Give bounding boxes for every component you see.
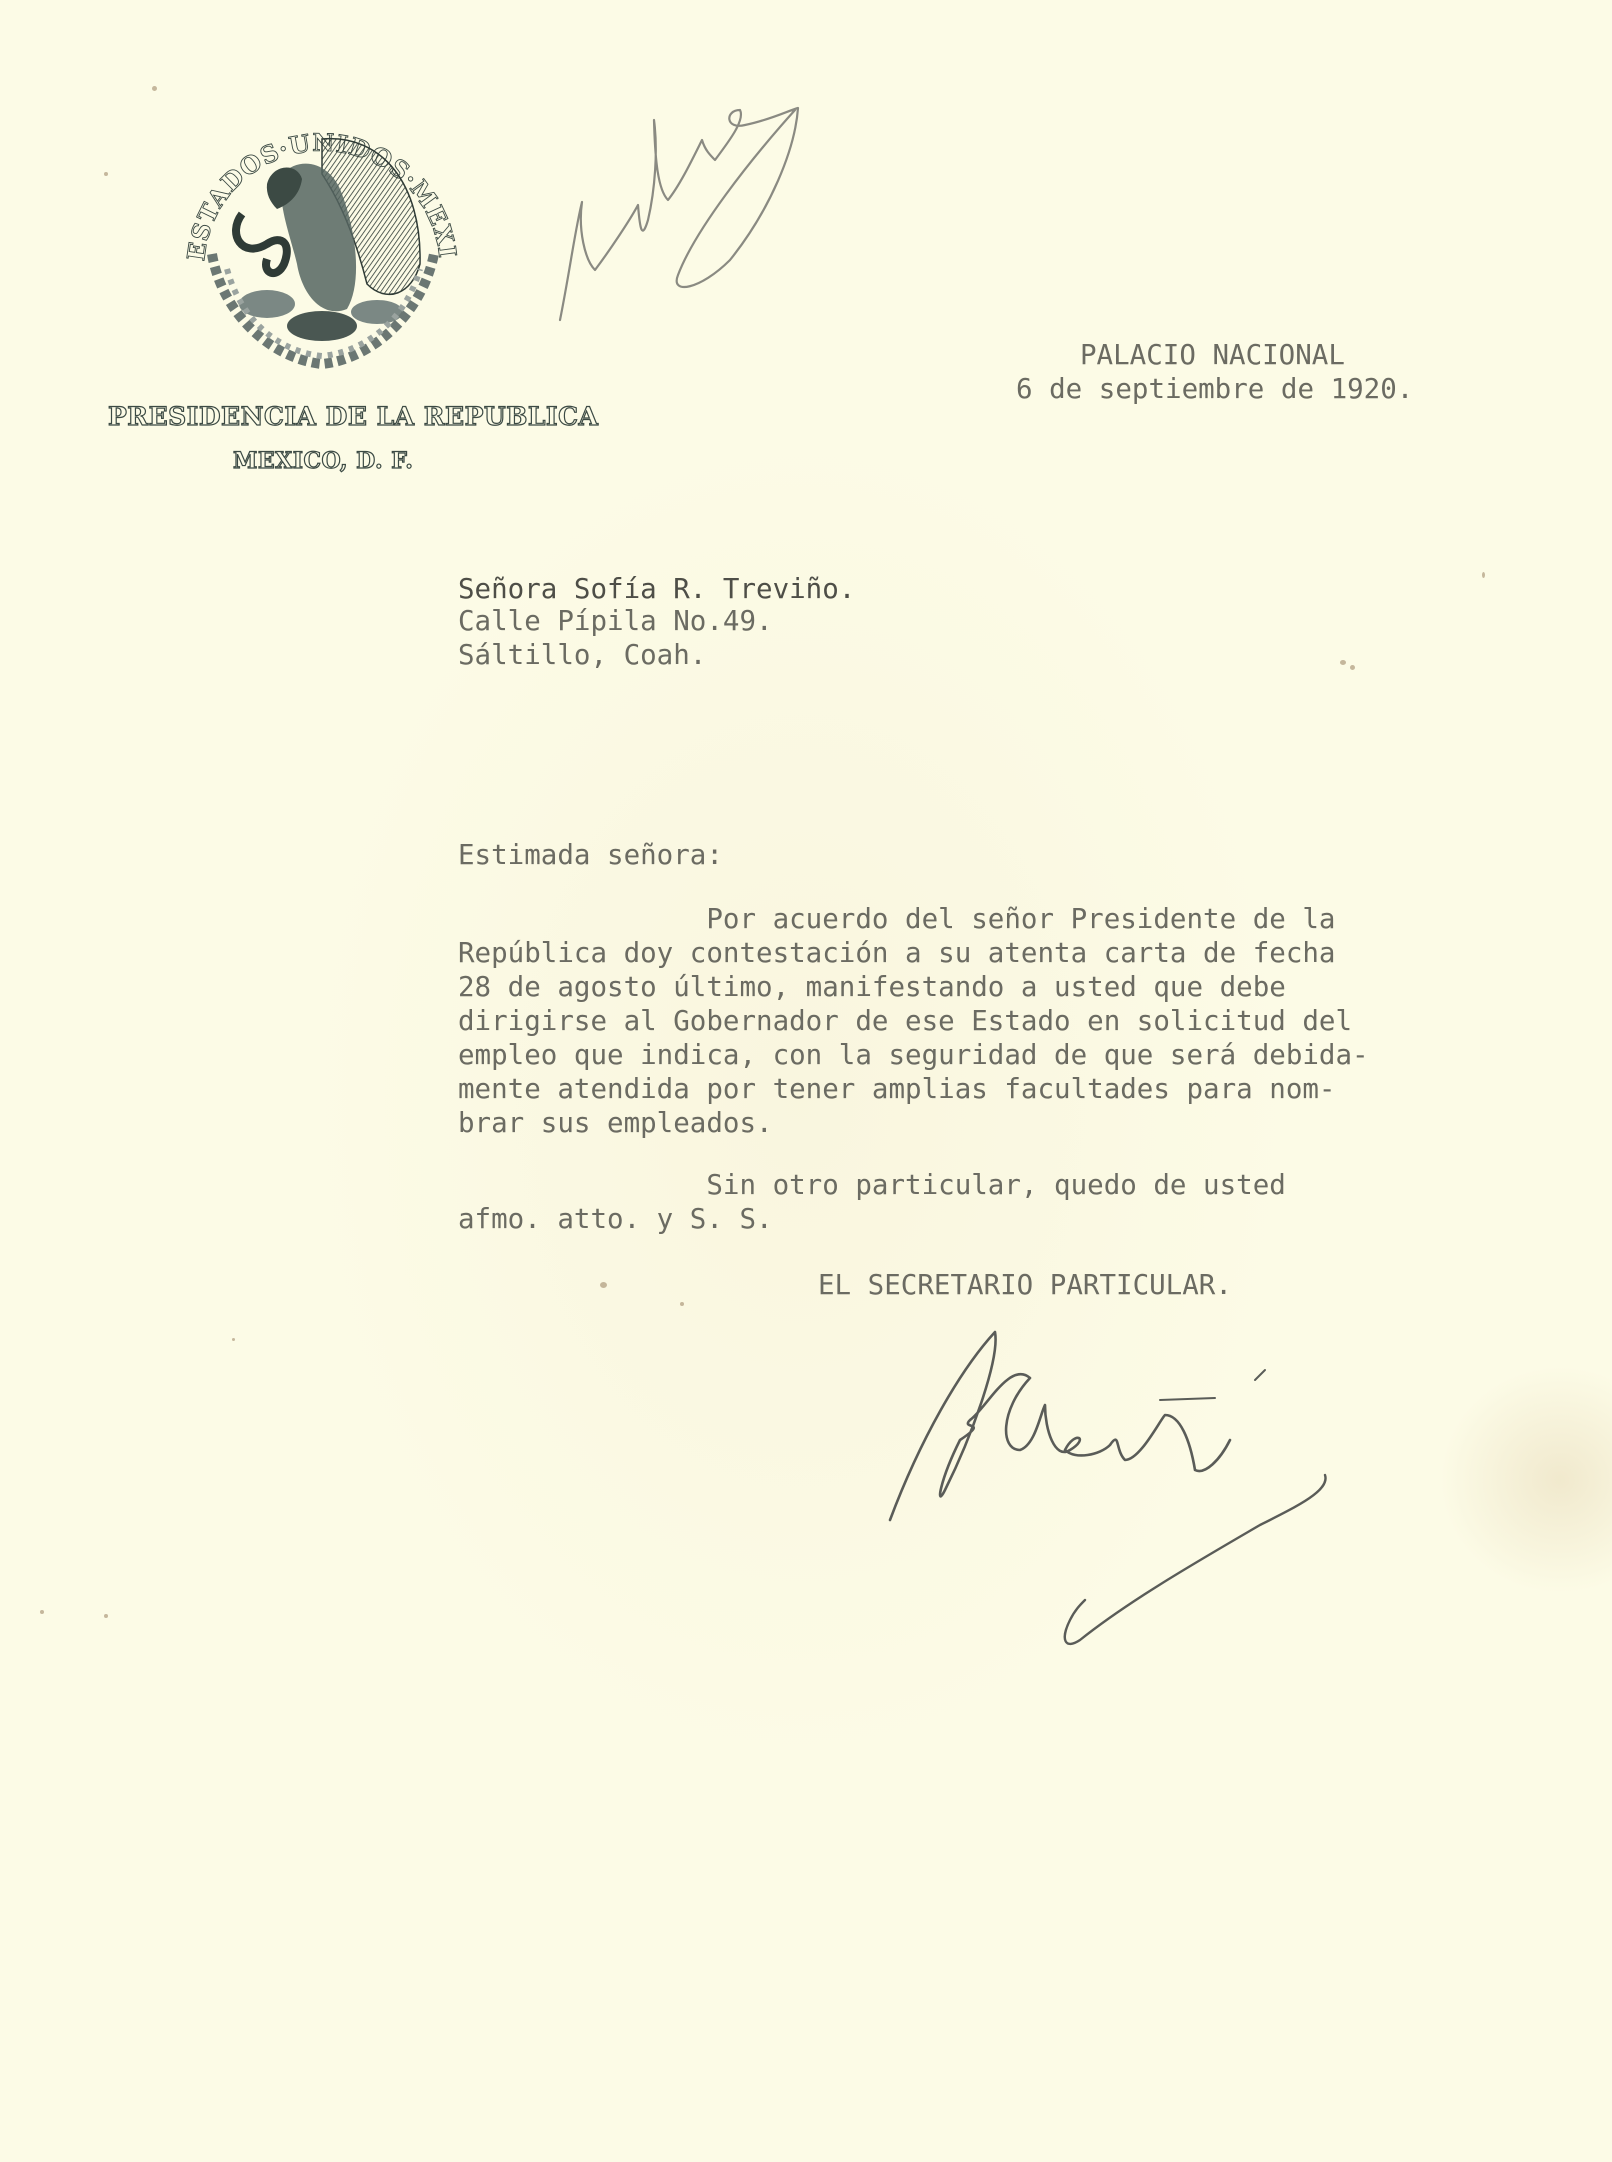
paragraph-line: empleo que indica, con la seguridad de q…	[458, 1038, 1369, 1072]
paragraph-line: brar sus empleados.	[458, 1106, 1369, 1140]
recipient-street: Calle Pípila No.49.	[458, 604, 773, 638]
body-paragraph-2: Sin otro particular, quedo de usted afmo…	[458, 1168, 1286, 1236]
letterhead-office: PRESIDENCIA DE LA REPUBLICA	[108, 402, 598, 431]
place-line: PALACIO NACIONAL	[1080, 338, 1345, 372]
paragraph-line: mente atendida por tener amplias faculta…	[458, 1072, 1369, 1106]
pencil-archive-annotation	[530, 90, 830, 330]
date-line: 6 de septiembre de 1920.	[1016, 372, 1413, 406]
handwritten-signature-icon	[860, 1320, 1340, 1680]
paragraph-line: República doy contestación a su atenta c…	[458, 936, 1369, 970]
paragraph-line: 28 de agosto último, manifestando a uste…	[458, 970, 1369, 1004]
paragraph-line: afmo. atto. y S. S.	[458, 1202, 1286, 1236]
paragraph-line: dirigirse al Gobernador de ese Estado en…	[458, 1004, 1369, 1038]
national-seal-emblem: ESTADOS·UNIDOS·MEXICANOS	[172, 94, 472, 394]
recipient-city: Sáltillo, Coah.	[458, 638, 706, 672]
signature	[860, 1320, 1340, 1680]
salutation: Estimada señora:	[458, 838, 723, 872]
recipient-name: Señora Sofía R. Treviño.	[458, 572, 855, 606]
paragraph-line: Por acuerdo del señor Presidente de la	[458, 902, 1369, 936]
letterhead-city: MEXICO, D. F.	[233, 448, 413, 474]
body-paragraph-1: Por acuerdo del señor Presidente de la R…	[458, 902, 1369, 1140]
closing-title: EL SECRETARIO PARTICULAR.	[818, 1268, 1232, 1302]
handwriting-archivo-icon	[530, 90, 830, 330]
paragraph-line: Sin otro particular, quedo de usted	[458, 1168, 1286, 1202]
eagle-seal-icon: ESTADOS·UNIDOS·MEXICANOS	[172, 94, 472, 394]
